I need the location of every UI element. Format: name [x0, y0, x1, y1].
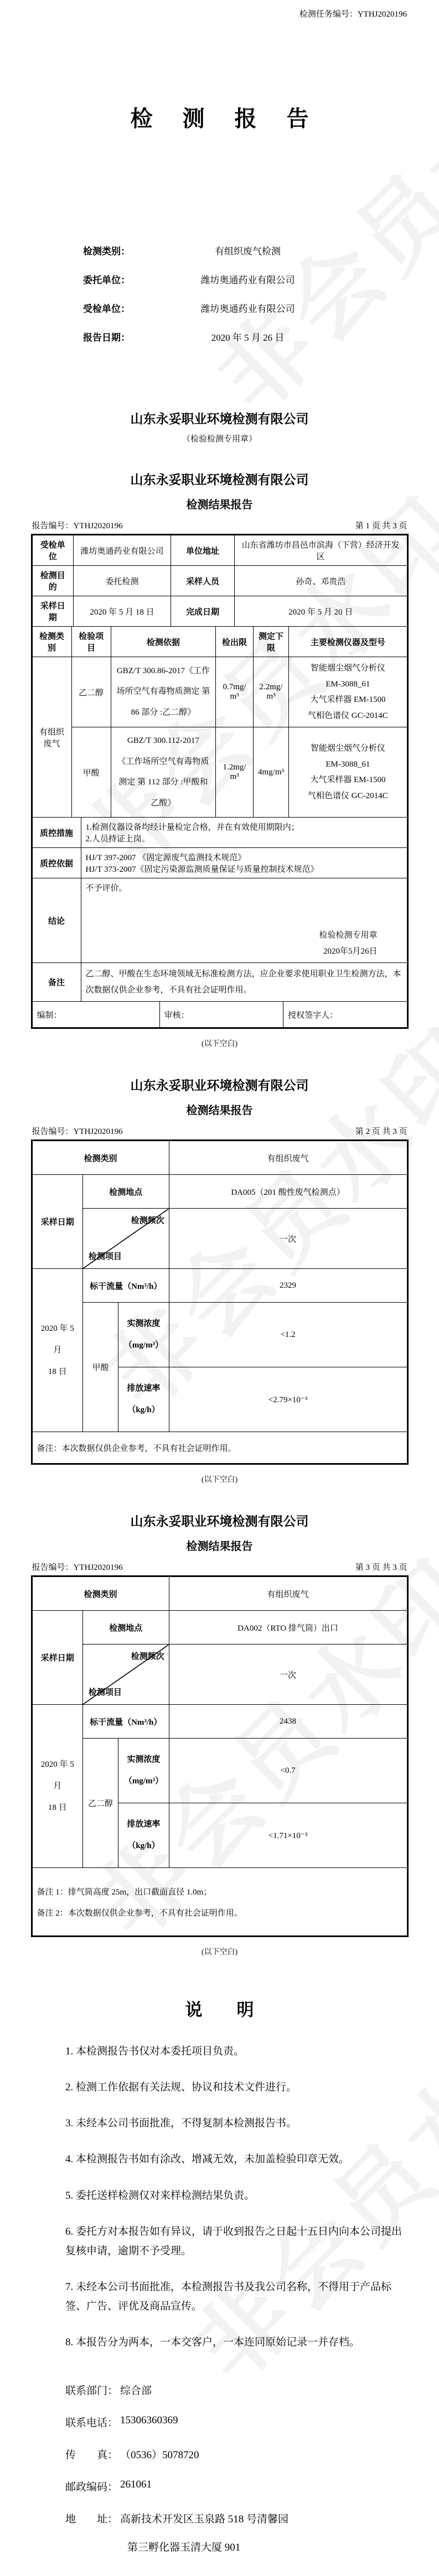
- frequency-label: 检测频次: [131, 1650, 164, 1662]
- column-header: 检测依据: [111, 627, 216, 657]
- contact-label: 邮政编码：: [65, 2479, 118, 2494]
- detection-limit-cell: 0.7mg/m³: [216, 657, 254, 727]
- report-number: 报告编号：YTHJ2020196: [32, 1125, 123, 1137]
- page1-info-table: 受检单位 潍坊奥通药业有限公司 单位地址 山东省潍坊市昌邑市滨海（下营）经济开发…: [32, 535, 407, 627]
- company-name: 山东永妥职业环境检测有限公司: [0, 409, 439, 427]
- table-row: 备注：本次数据仅供企业参考，不具有社会证明作用。: [32, 1432, 407, 1464]
- field-label: 委托单位：: [83, 272, 152, 286]
- notes-list: 1. 本检测报告书仅对本委托项目负责。 2. 检测工作依据有关法规、协议和技术文…: [0, 2042, 439, 2352]
- page1-report-row: 报告编号：YTHJ2020196 第 1 页 共 3 页: [32, 519, 407, 531]
- page1-table: 受检单位 潍坊奥通药业有限公司 单位地址 山东省潍坊市昌邑市滨海（下营）经济开发…: [31, 534, 409, 1029]
- contact-value: （0536）5078720: [120, 2447, 199, 2461]
- item-name-cell: 乙二醇: [71, 657, 111, 727]
- item-label: 检测项目: [89, 1250, 122, 1262]
- instruments-cell: 智能烟尘烟气分析仪 EM-3088_61 大气采样器 EM-1500 气相色谱仪…: [289, 727, 407, 818]
- table-row: 质控依据 HJ/T 397-2007 《固定源废气监测技术规范》 HJ/T 37…: [32, 848, 407, 878]
- frequency-value-cell: 一次: [169, 1645, 407, 1705]
- info-label: 单位地址: [171, 535, 234, 566]
- note-item: 5. 委托送样检测仅对来样检测结果负责。: [65, 2186, 409, 2205]
- info-label: 采样日期: [32, 596, 73, 627]
- contact-department: 联系部门： 综合部: [65, 2382, 439, 2397]
- frequency-label: 检测频次: [131, 1214, 164, 1226]
- method-cell: GBZ/T 300.86-2017《工作场所空气有毒物质测定 第 86 部分 :…: [111, 657, 216, 727]
- table-row: 编制： 审核： 授权签字人：: [32, 1002, 407, 1028]
- page3-report-row: 报告编号：YTHJ2020196 第 3 页 共 3 页: [32, 1561, 407, 1573]
- category-value-cell: 有组织废气: [169, 1141, 407, 1175]
- table-row: 2020 年 5 月 18 日 标干流量（Nm³/h） 2438: [32, 1705, 407, 1739]
- info-label: 受检单位: [32, 535, 73, 566]
- column-header: 检出限: [216, 627, 254, 657]
- lower-limit-cell: 2.2mg/m³: [253, 657, 288, 727]
- note-item: 4. 本检测报告书如有涂改、增减无效，未加盖检验印章无效。: [65, 2150, 409, 2169]
- table-row: 结论 不予评价。 检验检测专用章 2020年5月26日: [32, 878, 407, 963]
- page-doc-title: 检测结果报告: [0, 496, 439, 512]
- sample-date-value-cell: 2020 年 5 月 18 日: [32, 1705, 82, 1868]
- item-label: 检测项目: [89, 1686, 122, 1698]
- page2-table: 检测类别 有组织废气 采样日期 检测地点 DA005（201 酸性废气检测点） …: [31, 1139, 409, 1465]
- info-value: 2020 年 5 月 18 日: [73, 596, 171, 627]
- note-item: 2. 检测工作依据有关法规、协议和技术文件进行。: [65, 2078, 409, 2097]
- note-item: 1. 本检测报告书仅对本委托项目负责。: [65, 2042, 409, 2061]
- lower-limit-cell: 4mg/m³: [253, 727, 288, 818]
- column-header: 检验项目: [71, 627, 111, 657]
- page1-header: 山东永妥职业环境检测有限公司 检测结果报告: [0, 470, 439, 512]
- blank-below-note: (以下空白): [0, 1038, 439, 1049]
- info-label: 采样人员: [171, 566, 234, 596]
- info-label: 完成日期: [171, 596, 234, 627]
- note-item: 6. 委托方对本报告如有异议，请于收到报告之日起十五日内向本公司提出复核申请，逾…: [65, 2222, 409, 2261]
- table-remark-cell: 备注 1：排气筒高度 25m，出口截面直径 1.0m； 备注 2：本次数据仅供企…: [32, 1868, 407, 1936]
- contact-label: 联系部门：: [65, 2382, 118, 2397]
- contact-value: 综合部: [120, 2382, 152, 2397]
- table-row: 采样日期 检测地点 DA005（201 酸性废气检测点）: [32, 1175, 407, 1209]
- table-row: 检测类别 有组织废气: [32, 1577, 407, 1611]
- frequency-item-diagonal-cell: 检测频次 检测项目: [82, 1209, 169, 1269]
- detection-limit-cell: 1.2mg/m³: [216, 727, 254, 818]
- contact-address-line2: 第三孵化器玉清大厦 901: [127, 2539, 439, 2554]
- info-value: 2020 年 5 月 20 日: [235, 596, 407, 627]
- task-number-label: 检测任务编号：: [299, 10, 358, 19]
- report-document: 检测任务编号：YTHJ2020196 检 测 报 告 检测类别： 有组织废气检测…: [0, 0, 439, 2576]
- page-number: 第 1 页 共 3 页: [355, 519, 407, 531]
- item-name-cell: 乙二醇: [82, 1739, 118, 1868]
- field-value: 潍坊奥通药业有限公司: [152, 301, 343, 315]
- notes-title: 说 明: [0, 1996, 439, 2021]
- info-value: 山东省潍坊市昌邑市滨海（下营）经济开发区: [235, 535, 407, 566]
- reviewed-by-cell: 审核：: [159, 1002, 283, 1028]
- report-number: 报告编号：YTHJ2020196: [32, 519, 123, 531]
- contact-label: 传 真：: [65, 2447, 118, 2461]
- qc-measures-label: 质控措施: [32, 818, 81, 848]
- remark-label: 备注: [32, 963, 81, 1002]
- contact-value: 15306360369: [120, 2414, 178, 2429]
- contact-postcode: 邮政编码： 261061: [65, 2479, 439, 2494]
- info-label: 检测目的: [32, 566, 73, 596]
- sample-date-label-cell: 采样日期: [32, 1175, 82, 1269]
- table-row: 2020 年 5 月 18 日 标干流量（Nm³/h） 2329: [32, 1269, 407, 1303]
- page3-table: 检测类别 有组织废气 采样日期 检测地点 DA002（RTO 排气筒）出口 检测…: [31, 1575, 409, 1937]
- prepared-by-cell: 编制：: [32, 1002, 159, 1028]
- category-label-cell: 检测类别: [32, 1141, 169, 1175]
- page1-sign-table: 编制： 审核： 授权签字人：: [32, 1001, 407, 1028]
- field-value: 2020 年 5 月 26 日: [152, 330, 343, 344]
- qc-basis-value: HJ/T 397-2007 《固定源废气监测技术规范》 HJ/T 373-200…: [81, 848, 407, 878]
- page-doc-title: 检测结果报告: [0, 1101, 439, 1117]
- table-row: 备注 1：排气筒高度 25m，出口截面直径 1.0m； 备注 2：本次数据仅供企…: [32, 1868, 407, 1936]
- location-label-cell: 检测地点: [82, 1611, 169, 1645]
- table-row: 备注 乙二醇、甲酸在生态环境领域无标准检测方法，应企业要求使用职业卫生检测方法，…: [32, 963, 407, 1002]
- table-row: 甲酸 实测浓度 （mg/m³） <1.2: [32, 1303, 407, 1367]
- method-cell: GBZ/T 300.112-2017 《工作场所空气有毒物质测定 第 112 部…: [111, 727, 216, 818]
- category-value-cell: 有组织废气: [169, 1577, 407, 1611]
- page-number: 第 3 页 共 3 页: [355, 1561, 407, 1573]
- table-header-row: 检测类别 检验项目 检测依据 检出限 测定下限 主要检测仪器及型号: [32, 627, 407, 657]
- table-row: 检测类别 有组织废气: [32, 1141, 407, 1175]
- table-row: 有组织废气 乙二醇 GBZ/T 300.86-2017《工作场所空气有毒物质测定…: [32, 657, 407, 727]
- flow-label-cell: 标干流量（Nm³/h）: [82, 1705, 169, 1739]
- cover-fields: 检测类别： 有组织废气检测 委托单位： 潍坊奥通药业有限公司 受检单位： 潍坊奥…: [83, 243, 343, 344]
- conclusion-text: 不予评价。: [86, 882, 402, 893]
- contact-block: 联系部门： 综合部 联系电话： 15306360369 传 真： （0536）5…: [65, 2382, 439, 2554]
- qc-measures-value: 1.检测仪器设备均经计量检定合格，并在有效使用期限内； 2.人员持证上岗。: [81, 818, 407, 848]
- blank-below-note: (以下空白): [0, 1946, 439, 1957]
- location-value-cell: DA002（RTO 排气筒）出口: [169, 1611, 407, 1645]
- note-item: 7. 未经本公司书面批准，本检测报告书及我公司名称，不得用于产品标签、广告、评优…: [65, 2277, 409, 2316]
- company-name: 山东永妥职业环境检测有限公司: [0, 470, 439, 488]
- table-remark-cell: 备注：本次数据仅供企业参考，不具有社会证明作用。: [32, 1432, 407, 1464]
- authorized-signer-cell: 授权签字人：: [283, 1002, 407, 1028]
- cover-field-report-date: 报告日期： 2020 年 5 月 26 日: [83, 330, 343, 344]
- info-value: 委托检测: [73, 566, 171, 596]
- conclusion-cell: 不予评价。 检验检测专用章 2020年5月26日: [81, 878, 407, 963]
- cover-title: 检 测 报 告: [0, 101, 439, 133]
- contact-value: 高新技术开发区玉泉路 518 号清馨园: [120, 2511, 288, 2526]
- info-value: 潍坊奥通药业有限公司: [73, 535, 171, 566]
- note-item: 3. 未经本公司书面批准，不得复制本检测报告书。: [65, 2114, 409, 2133]
- cover-field-inspected-unit: 受检单位： 潍坊奥通药业有限公司: [83, 301, 343, 315]
- sample-date-value-cell: 2020 年 5 月 18 日: [32, 1269, 82, 1432]
- cover-field-client: 委托单位： 潍坊奥通药业有限公司: [83, 272, 343, 286]
- table-row: 检测频次 检测项目 一次: [32, 1209, 407, 1269]
- instruments-cell: 智能烟尘烟气分析仪 EM-3088_61 大气采样器 EM-1500 气相色谱仪…: [289, 657, 407, 727]
- cover-company-block: 山东永妥职业环境检测有限公司 （检验检测专用章）: [0, 409, 439, 444]
- page-number: 第 2 页 共 3 页: [355, 1125, 407, 1137]
- company-name: 山东永妥职业环境检测有限公司: [0, 1075, 439, 1094]
- emission-rate-label-cell: 排放速率 （kg/h）: [118, 1367, 169, 1432]
- location-label-cell: 检测地点: [82, 1175, 169, 1209]
- field-value: 有组织废气检测: [152, 243, 343, 257]
- flow-value-cell: 2438: [169, 1705, 407, 1739]
- table-row: 检测频次 检测项目 一次: [32, 1645, 407, 1705]
- page1-qc-table: 质控措施 1.检测仪器设备均经计量检定合格，并在有效使用期限内； 2.人员持证上…: [32, 817, 407, 1002]
- stamp-date: 2020年5月26日: [86, 944, 378, 960]
- page3-header: 山东永妥职业环境检测有限公司 检测结果报告: [0, 1511, 439, 1553]
- concentration-label-cell: 实测浓度 （mg/m³）: [118, 1303, 169, 1367]
- frequency-value-cell: 一次: [169, 1209, 407, 1269]
- concentration-value-cell: <0.7: [169, 1739, 407, 1803]
- contact-label: 联系电话：: [65, 2414, 118, 2429]
- contact-value: 261061: [120, 2479, 152, 2494]
- task-number-value: YTHJ2020196: [358, 10, 407, 19]
- table-row: 质控措施 1.检测仪器设备均经计量检定合格，并在有效使用期限内； 2.人员持证上…: [32, 818, 407, 848]
- field-label: 报告日期：: [83, 330, 152, 344]
- field-label: 受检单位：: [83, 301, 152, 315]
- page1-method-table: 检测类别 检验项目 检测依据 检出限 测定下限 主要检测仪器及型号 有组织废气 …: [32, 626, 407, 818]
- remark-value: 乙二醇、甲酸在生态环境领域无标准检测方法，应企业要求使用职业卫生检测方法，本次数…: [81, 963, 407, 1002]
- emission-rate-label-cell: 排放速率 （kg/h）: [118, 1803, 169, 1868]
- stamp-label: 检验检测专用章: [86, 928, 378, 944]
- column-header: 主要检测仪器及型号: [289, 627, 407, 657]
- page2-result-table: 检测类别 有组织废气 采样日期 检测地点 DA005（201 酸性废气检测点） …: [32, 1141, 407, 1464]
- sample-date-label-cell: 采样日期: [32, 1611, 82, 1705]
- conclusion-label: 结论: [32, 878, 81, 963]
- info-value: 孙奇、邓贵浩: [235, 566, 407, 596]
- page2-report-row: 报告编号：YTHJ2020196 第 2 页 共 3 页: [32, 1125, 407, 1137]
- note-item: 8. 本报告分为两本，一本交客户，一本连同原始记录一并存档。: [65, 2333, 409, 2352]
- location-value-cell: DA005（201 酸性废气检测点）: [169, 1175, 407, 1209]
- contact-label: 地 址：: [65, 2511, 118, 2526]
- concentration-label-cell: 实测浓度 （mg/m³）: [118, 1739, 169, 1803]
- contact-fax: 传 真： （0536）5078720: [65, 2447, 439, 2461]
- table-row: 乙二醇 实测浓度 （mg/m³） <0.7: [32, 1739, 407, 1803]
- column-header: 检测类别: [32, 627, 71, 657]
- field-label: 检测类别：: [83, 243, 152, 257]
- task-number-line: 检测任务编号：YTHJ2020196: [0, 0, 439, 19]
- stamp-note: （检验检测专用章）: [0, 433, 439, 444]
- category-cell: 有组织废气: [32, 657, 71, 818]
- contact-phone: 联系电话： 15306360369: [65, 2414, 439, 2429]
- category-label-cell: 检测类别: [32, 1577, 169, 1611]
- blank-below-note: (以下空白): [0, 1474, 439, 1485]
- concentration-value-cell: <1.2: [169, 1303, 407, 1367]
- item-name-cell: 甲酸: [82, 1303, 118, 1432]
- table-row: 受检单位 潍坊奥通药业有限公司 单位地址 山东省潍坊市昌邑市滨海（下营）经济开发…: [32, 535, 407, 566]
- report-number: 报告编号：YTHJ2020196: [32, 1561, 123, 1573]
- page3-result-table: 检测类别 有组织废气 采样日期 检测地点 DA002（RTO 排气筒）出口 检测…: [32, 1576, 407, 1936]
- company-name: 山东永妥职业环境检测有限公司: [0, 1511, 439, 1529]
- emission-rate-value-cell: <1.71×10⁻³: [169, 1803, 407, 1868]
- frequency-item-diagonal-cell: 检测频次 检测项目: [82, 1645, 169, 1705]
- item-name-cell: 甲酸: [71, 727, 111, 818]
- table-row: 采样日期 检测地点 DA002（RTO 排气筒）出口: [32, 1611, 407, 1645]
- cover-field-category: 检测类别： 有组织废气检测: [83, 243, 343, 257]
- page-doc-title: 检测结果报告: [0, 1537, 439, 1553]
- contact-address: 地 址： 高新技术开发区玉泉路 518 号清馨园: [65, 2511, 439, 2526]
- page2-header: 山东永妥职业环境检测有限公司 检测结果报告: [0, 1075, 439, 1117]
- qc-basis-label: 质控依据: [32, 848, 81, 878]
- column-header: 测定下限: [253, 627, 288, 657]
- flow-label-cell: 标干流量（Nm³/h）: [82, 1269, 169, 1303]
- table-row: 检测目的 委托检测 采样人员 孙奇、邓贵浩: [32, 566, 407, 596]
- flow-value-cell: 2329: [169, 1269, 407, 1303]
- field-value: 潍坊奥通药业有限公司: [152, 272, 343, 286]
- emission-rate-value-cell: <2.79×10⁻³: [169, 1367, 407, 1432]
- table-row: 采样日期 2020 年 5 月 18 日 完成日期 2020 年 5 月 20 …: [32, 596, 407, 627]
- table-row: 甲酸 GBZ/T 300.112-2017 《工作场所空气有毒物质测定 第 11…: [32, 727, 407, 818]
